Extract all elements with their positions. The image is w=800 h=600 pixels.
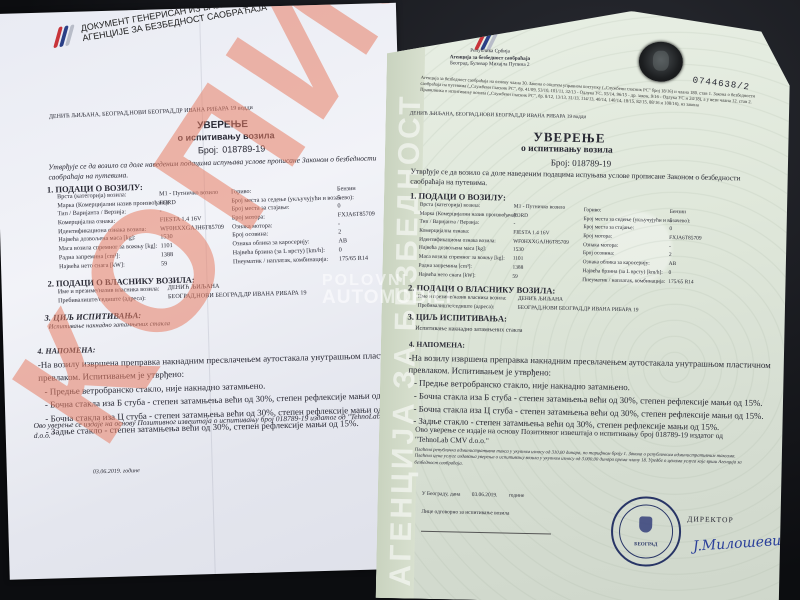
original-vehicle-values-right: Бензин50FXJA6T85709-2AB0175/65 R14	[668, 208, 702, 287]
field-value: 59	[161, 258, 225, 268]
field-value: 175/65 R14	[668, 277, 701, 286]
date-suffix: године	[509, 493, 525, 499]
issue-date: 03.06.2019.	[472, 492, 498, 499]
original-vehicle-values-left: M1 - Путничко возилоFORD-FIESTA 1.4 16VW…	[512, 203, 569, 282]
place-label: У Београду, дана	[422, 491, 461, 498]
copy-issuer-address: ДЕНИЋ ЉИЉАНА, БЕОГРАД,НОВИ БЕОГРАД,ДР ИВ…	[49, 105, 253, 120]
field-value: FXJA6T85709	[669, 234, 702, 243]
field-label: Пребивалиште/седиште (адреса):	[58, 294, 160, 306]
site-watermark-line-2: AUTOMOBILI	[322, 289, 452, 306]
copy-number: Број:018789-19	[198, 143, 266, 155]
original-section-3-heading: 3. ЦИЉ ИСПИТИВАЊА:	[407, 311, 507, 323]
field-value: 59	[512, 272, 568, 282]
copy-title: УВЕРЕЊЕ	[197, 119, 248, 131]
original-owner-values: ДЕНИЋ ЉИЉАНАБЕОГРАД,НОВИ БЕОГРАД,ДР ИВАН…	[518, 295, 639, 315]
original-notes-lines: -На возилу извршена преправка накнадним …	[407, 351, 779, 435]
original-number-label: Број:	[551, 157, 570, 167]
coat-of-arms-icon	[639, 516, 652, 532]
field-value: M1 - Путничко возило	[159, 189, 223, 199]
director-label: ДИРЕКТОР	[687, 514, 734, 524]
original-number-value: 018789-19	[572, 158, 611, 169]
copy-owner-labels: Име и презиме/назив власника возила:Преб…	[58, 285, 160, 305]
copy-subtitle: о испитивању возила	[177, 130, 274, 143]
original-subtitle: о испитивању возила	[521, 144, 613, 156]
copy-owner-values: ДЕНИЋ ЉИЉАНАБЕОГРАД,НОВИ БЕОГРАД,ДР ИВАН…	[168, 280, 307, 301]
stamp-city: БЕОГРАД	[613, 542, 679, 548]
field-value: 175/65 R14	[339, 254, 376, 264]
copy-number-label: Број:	[198, 145, 219, 156]
copy-vehicle-values-left: M1 - Путничко возилоFORD-FIESTA 1.4 16VW…	[159, 189, 225, 269]
copy-number-value: 018789-19	[222, 143, 265, 154]
original-notes: 4. НАПОМЕНА: -На возилу извршена преправ…	[407, 339, 779, 436]
copy-vehicle-values-right: Бензин50FXJA6T85709-2AB0175/65 R14	[337, 184, 376, 263]
field-value: Бензин	[670, 208, 703, 217]
field-value: AB	[669, 260, 702, 269]
original-vehicle-labels-left: Врста (категорија) возила:Марка (Комерци…	[418, 201, 517, 281]
original-number: Број: 018789-19	[551, 157, 612, 168]
copy-intro: Утврђује се да возило са доле наведеним …	[48, 153, 388, 182]
agency-logo-icon	[50, 25, 75, 48]
copy-vehicle-labels-left: Врста (категорија) возила:Марка (Комерци…	[57, 190, 171, 271]
field-value: FXJA6T85709	[338, 211, 375, 221]
agency-name: Република Србија Агенција за безбедност …	[445, 47, 535, 68]
copy-date: 03.06.2019. године	[93, 468, 140, 475]
site-watermark: POLOVNI AUTOMOBILI	[322, 272, 452, 306]
